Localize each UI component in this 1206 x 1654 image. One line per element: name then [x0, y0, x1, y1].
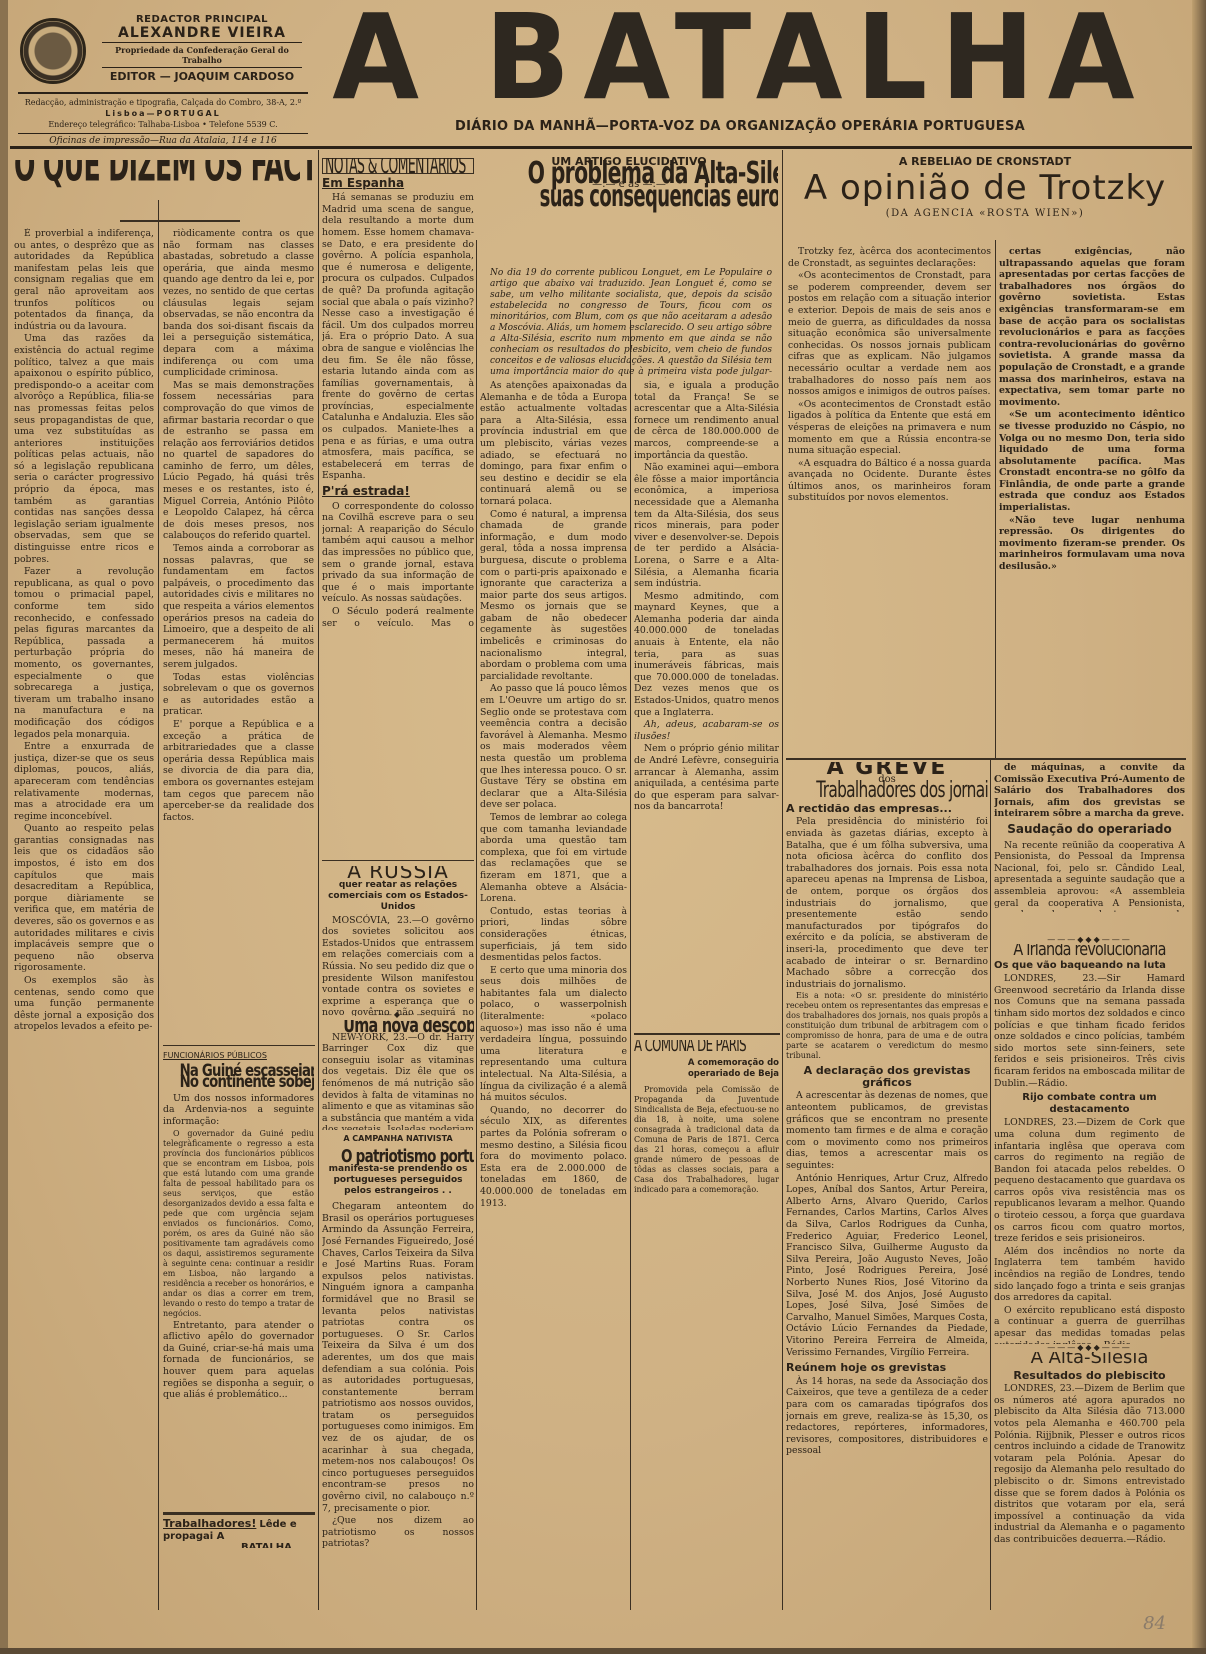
masthead-credits: REDACTOR PRINCIPAL ALEXANDRE VIEIRA Prop…	[102, 14, 302, 83]
silesia-headline-2: suas consequencias europeias	[540, 191, 719, 203]
irlanda-subhead-luta: Os que vão baqueando na luta	[994, 960, 1185, 972]
article-paragraph: Promovida pela Comissão de Propaganda da…	[634, 1085, 779, 1195]
confederation-seal-icon	[20, 18, 86, 84]
factos-headline: O QUE DIZEM OS FACTOS	[14, 160, 203, 173]
alta-silesia-headline: A Alta-Silésia	[994, 1352, 1185, 1364]
trotzky-column-1: Trotzky fez, àcêrca dos acontecimentos d…	[788, 246, 991, 756]
article-paragraph: É proverbial a indiferença, ou antes, o …	[14, 228, 154, 332]
article-paragraph: Mesmo admitindo, com maynard Keynes, que…	[634, 591, 779, 719]
article-paragraph: Entretanto, para atender o aflictivo apê…	[163, 1320, 314, 1401]
article-paragraph: Quando, no decorrer do século XIX, as di…	[480, 1105, 627, 1209]
article-paragraph: António Henriques, Artur Cruz, Alfredo L…	[786, 1173, 988, 1359]
article-paragraph: Quanto ao respeito pelas garantias consi…	[14, 823, 154, 974]
trotzky-source: (DA AGENCIA «ROSTA WIEN»)	[786, 208, 1184, 220]
promo-batalha: BATALHA	[163, 1542, 314, 1548]
article-paragraph: Fazer a revolução republicana, as qual o…	[14, 566, 154, 740]
article-paragraph: «Não teve lugar nenhuma repressão. Os di…	[999, 515, 1185, 573]
section-rule	[634, 1033, 780, 1035]
article-paragraph: «A esquadra do Báltico é a nossa guarda …	[788, 458, 991, 504]
patriotismo-headline: O patriotismo português . .	[341, 1151, 455, 1163]
greve-subhead-rectidao: A rectidão das empresas...	[786, 803, 988, 815]
editor-label: REDACTOR PRINCIPAL	[102, 14, 302, 25]
irlanda-headline: A Irlanda revolucionária	[1013, 944, 1166, 956]
article-paragraph: «Se um acontecimento idêntico se tivesse…	[999, 409, 1185, 513]
irlanda-article: A Irlanda revolucionária Os que vão baqu…	[994, 944, 1185, 1344]
notas-article: NOTAS & COMENTARIOS Em Espanha Há semana…	[322, 158, 474, 628]
comuna-article: A COMUNA DE PARIS A comemoração do opera…	[634, 1040, 779, 1610]
article-paragraph: Pela presidência do ministério foi envia…	[786, 816, 988, 990]
telegraph-line: Endereço telegráfico: Talhaba-Lisboa • T…	[18, 119, 308, 130]
article-paragraph: ¿Que nos dizem ao patriotismo os nossos …	[322, 1515, 474, 1550]
article-paragraph: Temos ainda a corroborar as nossas palav…	[163, 543, 314, 671]
trotzky-headline: A opinião de Trotzky	[786, 168, 1184, 208]
article-paragraph: E certo que uma minoria dos seus dois mi…	[480, 965, 627, 1104]
printing-line: Oficinas de impressão—Rua da Atalaia, 11…	[18, 133, 308, 147]
ownership-line: Propriedade da Confederação Geral do Tra…	[102, 43, 302, 68]
column-divider	[630, 320, 631, 1610]
article-paragraph: Além dos incêndios no norte da Inglaterr…	[994, 1246, 1185, 1304]
masthead-address: Redacção, administração e tipografia, Ca…	[18, 92, 308, 147]
column-divider	[476, 240, 477, 1610]
article-paragraph: Uma das razões da existência do actual r…	[14, 333, 154, 565]
section-rule	[163, 1045, 315, 1046]
silesia-column-2: sia, e iguala a produção total da França…	[634, 380, 779, 1025]
editor-name: ALEXANDRE VIEIRA	[102, 25, 302, 43]
article-paragraph: O Século poderá realmente ser o veículo.…	[322, 606, 474, 628]
section-ornament: —·—◆—·—	[322, 1010, 474, 1019]
article-paragraph: Ao passo que lá pouco lêmos em L'Oeuvre …	[480, 683, 627, 811]
article-paragraph: Contudo, estas teorias à priori, lindas …	[480, 906, 627, 964]
alta-silesia-subhead: Resultados do plebiscito	[994, 1370, 1185, 1382]
patriotismo-kicker: A CAMPANHA NATIVISTA	[322, 1133, 474, 1145]
article-paragraph: Como é natural, a imprensa chamada de gr…	[480, 509, 627, 683]
funcionarios-article: FUNCIONÁRIOS PÚBLICOS Na Guiné escasseia…	[163, 1050, 314, 1550]
column-divider	[990, 760, 991, 1610]
column-divider	[782, 150, 783, 1610]
column-divider	[995, 240, 996, 760]
alta-silesia-brief: A Alta-Silésia Resultados do plebiscito …	[994, 1352, 1185, 1542]
notas-headline: NOTAS & COMENTARIOS	[325, 160, 404, 173]
silesia-column-1: As atenções apaixonadas da Alemanha e de…	[480, 380, 627, 1610]
newspaper-title: A BATALHA	[322, 0, 1158, 115]
newspaper-page: REDACTOR PRINCIPAL ALEXANDRE VIEIRA Prop…	[0, 0, 1206, 1654]
article-paragraph: E' porque a República e a exceção a prát…	[163, 719, 314, 823]
patriotismo-article: A CAMPANHA NATIVISTA O patriotismo portu…	[322, 1133, 474, 1613]
greve-headline-1: A GREVE	[786, 762, 988, 774]
article-paragraph: O correspondente do colosso na Covilhã e…	[322, 501, 474, 605]
greve-subhead-declaracao: A declaração dos grevistas gráficos	[786, 1065, 988, 1088]
promo-workers: Trabalhadores!	[163, 1518, 256, 1530]
column-divider	[158, 200, 159, 1610]
silesia-headline-1: O problema da Alta-Silésia	[528, 168, 731, 180]
patriotismo-deck: manifesta-se prendendo os portugueses pe…	[322, 1164, 474, 1197]
article-paragraph: Na recente reünião da cooperativa A Pens…	[994, 840, 1185, 912]
promo-rule	[163, 1512, 315, 1515]
greve-article: A GREVE dos Trabalhadores dos jornais A …	[786, 762, 988, 1612]
greve-headline-2: Trabalhadores dos jornais	[816, 785, 957, 797]
page-edge-right	[1192, 0, 1206, 1654]
article-paragraph: MOSCÓVIA, 23.—O govêrno dos sovietes sol…	[322, 915, 474, 1016]
article-paragraph: Entre a enxurrada de justiça, dizer-se q…	[14, 741, 154, 822]
masthead-info-block: REDACTOR PRINCIPAL ALEXANDRE VIEIRA Prop…	[14, 6, 304, 146]
article-paragraph: NEW-YORK, 23.—O dr. Harry Barringer Cox …	[322, 1032, 474, 1130]
page-edge-left	[0, 0, 8, 1654]
page-edge-bottom	[0, 1648, 1206, 1654]
trotzky-column-2: certas exigências, não ultrapassando aqu…	[999, 246, 1185, 741]
section-rule	[786, 758, 1186, 760]
newspaper-subtitle: DIÁRIO DA MANHÃ—PORTA-VOZ DA ORGANIZAÇÃO…	[330, 119, 1150, 134]
irlanda-subhead-combate: Rijo combate contra um destacamento	[994, 1092, 1185, 1115]
article-paragraph: Trotzky fez, àcêrca dos acontecimentos d…	[788, 246, 991, 269]
article-paragraph: O exército republicano está disposto a c…	[994, 1305, 1185, 1344]
comuna-headline: A COMUNA DE PARIS	[634, 1040, 724, 1052]
trotzky-kicker: A REBELIÃO DE CRONSTADT	[786, 156, 1184, 168]
article-paragraph: Todas estas violências sobrelevam o que …	[163, 672, 314, 718]
handwritten-page-number: 84	[1143, 1613, 1166, 1634]
article-paragraph: riòdicamente contra os que não formam na…	[163, 228, 314, 379]
russia-deck: quer reatar as relações comerciais com o…	[322, 880, 474, 913]
trotzky-header: A REBELIÃO DE CRONSTADT A opinião de Tro…	[786, 156, 1184, 246]
article-paragraph: LONDRES, 23.—Dizem de Cork que uma colun…	[994, 1117, 1185, 1245]
silesia-lede: No dia 19 do corrente publicou Longuet, …	[490, 268, 772, 378]
section-ornament: ———◆◆◆———	[994, 1343, 1185, 1352]
article-paragraph: Mas se mais demonstrações fossem necessá…	[163, 380, 314, 542]
article-paragraph: LONDRES, 23.—Sir Hamard Greenwood secret…	[994, 973, 1185, 1089]
factos-column-2: riòdicamente contra os que não formam na…	[163, 228, 314, 1038]
city-line: Lisboa—PORTUGAL	[18, 108, 308, 119]
article-paragraph: «Os acontecimentos de Cronstadt, para se…	[788, 270, 991, 398]
publisher-line: EDITOR — JOAQUIM CARDOSO	[102, 68, 302, 83]
article-paragraph: LONDRES, 23.—Dizem de Berlim que os núme…	[994, 1383, 1185, 1542]
article-paragraph: A acrescentar às dezenas de nomes, que a…	[786, 1090, 988, 1171]
greve-subhead-reunem: Reúnem hoje os grevistas	[786, 1362, 988, 1374]
russia-article: A RÚSSIA quer reatar as relações comerci…	[322, 866, 474, 1016]
article-paragraph: As atenções apaixonadas da Alemanha e de…	[480, 380, 627, 508]
descoberta-article: Uma nova descoberta NEW-YORK, 23.—O dr. …	[322, 1020, 474, 1130]
descoberta-headline: Uma nova descoberta	[343, 1020, 452, 1032]
article-paragraph: certas exigências, não ultrapassando aqu…	[999, 246, 1185, 408]
article-paragraph: Um dos nossos informadores da Ardenvia-n…	[163, 1093, 314, 1128]
notas-headline-box: NOTAS & COMENTARIOS	[322, 158, 474, 174]
masthead-rule	[10, 146, 1192, 149]
section-ornament: ———◆◆◆———	[994, 935, 1185, 944]
russia-headline: A RÚSSIA	[322, 866, 474, 878]
greve-subhead-saudacao: Saudação do operariado	[994, 824, 1185, 836]
article-paragraph: Temos de lembrar ao colega que com taman…	[480, 812, 627, 905]
article-paragraph: Nem o próprio génio militar de André Lef…	[634, 743, 779, 813]
notas-subhead-estrada: P'rá estrada!	[322, 486, 474, 498]
comuna-deck: A comemoração do operariado de Beja	[634, 1058, 779, 1081]
factos-headline-block: O QUE DIZEM OS FACTOS	[14, 160, 314, 220]
article-paragraph: Há semanas se produziu em Madrid uma sce…	[322, 192, 474, 482]
article-paragraph: sia, e iguala a produção total da França…	[634, 380, 779, 461]
address-line: Redacção, administração e tipografia, Ca…	[18, 97, 308, 108]
article-paragraph: O governador da Guiné pediu telegràficam…	[163, 1129, 314, 1319]
promo-box: Trabalhadores! Lêde e propagai A BATALHA	[163, 1518, 314, 1548]
article-paragraph: de máquinas, a convite da Comissão Execu…	[994, 762, 1185, 820]
article-paragraph: Chegaram anteontem do Brasil os operário…	[322, 1201, 474, 1514]
article-paragraph: «Os acontecimentos de Cronstadt estão li…	[788, 399, 991, 457]
article-paragraph: Não examinei aqui—embora êle fôsse a mai…	[634, 462, 779, 590]
factos-column-1: É proverbial a indiferença, ou antes, o …	[14, 228, 154, 1608]
article-paragraph: Às 14 horas, na sede da Associação dos C…	[786, 1376, 988, 1457]
funcionarios-headline-2: No continente sobejam	[180, 1077, 298, 1089]
column-divider	[318, 150, 319, 1610]
section-rule	[322, 860, 474, 861]
article-paragraph: Ah, adeus, acabaram-se os ilusões!	[634, 719, 779, 742]
greve-continuation: de máquinas, a convite da Comissão Execu…	[994, 762, 1185, 912]
headline-rule	[120, 220, 240, 222]
article-paragraph: Eis a nota: «O sr. presidente do ministé…	[786, 991, 988, 1061]
article-paragraph: Os exemplos são às centenas, sendo como …	[14, 975, 154, 1033]
